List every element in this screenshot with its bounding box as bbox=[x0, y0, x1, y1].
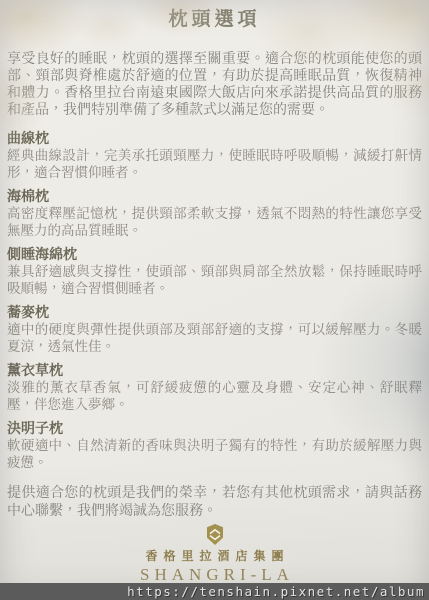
pillow-description: 高密度釋壓記憶枕，提供頸部柔軟支撐，透氣不悶熱的特性讓您享受無壓力的高品質睡眠。 bbox=[7, 205, 422, 239]
closing-paragraph: 提供適合您的枕頭是我們的榮幸，若您有其他枕頭需求，請與話務中心聯繫，我們將竭誠為… bbox=[7, 483, 422, 519]
pillow-item: 薰衣草枕 淡雅的薰衣草香氣，可舒緩疲憊的心靈及身體、安定心神、舒眠釋壓，伴您進入… bbox=[7, 362, 422, 413]
intro-paragraph: 享受良好的睡眠，枕頭的選擇至關重要。適合您的枕頭能使您的頭部、頸部與脊椎處於舒適… bbox=[7, 50, 422, 118]
watermark-bar: https://tenshain.pixnet.net/album bbox=[0, 583, 429, 600]
pillow-description: 軟硬適中、自然清新的香味與決明子獨有的特性，有助於緩解壓力與疲憊。 bbox=[7, 437, 422, 471]
pillow-item: 側睡海綿枕 兼具舒適感與支撐性，使頭部、頸部與肩部全然放鬆，保持睡眠時呼吸順暢，… bbox=[7, 246, 422, 297]
pillow-name: 決明子枕 bbox=[7, 420, 422, 437]
pillow-list: 曲線枕 經典曲線設計，完美承托頭頸壓力，使睡眠時呼吸順暢，減緩打鼾情形，適合習慣… bbox=[7, 130, 422, 471]
watermark-url: https://tenshain.pixnet.net/album bbox=[127, 584, 429, 599]
pillow-description: 淡雅的薰衣草香氣，可舒緩疲憊的心靈及身體、安定心神、舒眠釋壓，伴您進入夢鄉。 bbox=[7, 379, 422, 413]
pillow-name: 蕎麥枕 bbox=[7, 304, 422, 321]
shangri-la-shield-icon bbox=[207, 524, 223, 545]
pillow-description: 經典曲線設計，完美承托頭頸壓力，使睡眠時呼吸順暢，減緩打鼾情形，適合習慣仰睡者。 bbox=[7, 147, 422, 181]
pillow-name: 曲線枕 bbox=[7, 130, 422, 147]
pillow-description: 適中的硬度與彈性提供頭部及頸部舒適的支撐，可以緩解壓力。冬暖夏涼，透氣性佳。 bbox=[7, 321, 422, 355]
pillow-name: 側睡海綿枕 bbox=[7, 246, 422, 263]
pillow-item: 蕎麥枕 適中的硬度與彈性提供頭部及頸部舒適的支撐，可以緩解壓力。冬暖夏涼，透氣性… bbox=[7, 304, 422, 355]
pillow-item: 決明子枕 軟硬適中、自然清新的香味與決明子獨有的特性，有助於緩解壓力與疲憊。 bbox=[7, 420, 422, 471]
pillow-menu-card: 枕頭選項 享受良好的睡眠，枕頭的選擇至關重要。適合您的枕頭能使您的頭部、頸部與脊… bbox=[0, 0, 429, 600]
brand-block: 香格里拉酒店集團 SHANGRI-LA bbox=[0, 524, 429, 584]
pillow-item: 海棉枕 高密度釋壓記憶枕，提供頸部柔軟支撐，透氣不悶熱的特性讓您享受無壓力的高品… bbox=[7, 188, 422, 239]
brand-name-zh: 香格里拉酒店集團 bbox=[0, 549, 429, 563]
brand-name-en: SHANGRI-LA bbox=[0, 565, 429, 584]
pillow-description: 兼具舒適感與支撐性，使頭部、頸部與肩部全然放鬆，保持睡眠時呼吸順暢，適合習慣側睡… bbox=[7, 263, 422, 297]
pillow-name: 海棉枕 bbox=[7, 188, 422, 205]
page-title: 枕頭選項 bbox=[0, 0, 429, 32]
pillow-item: 曲線枕 經典曲線設計，完美承托頭頸壓力，使睡眠時呼吸順暢，減緩打鼾情形，適合習慣… bbox=[7, 130, 422, 181]
pillow-name: 薰衣草枕 bbox=[7, 362, 422, 379]
